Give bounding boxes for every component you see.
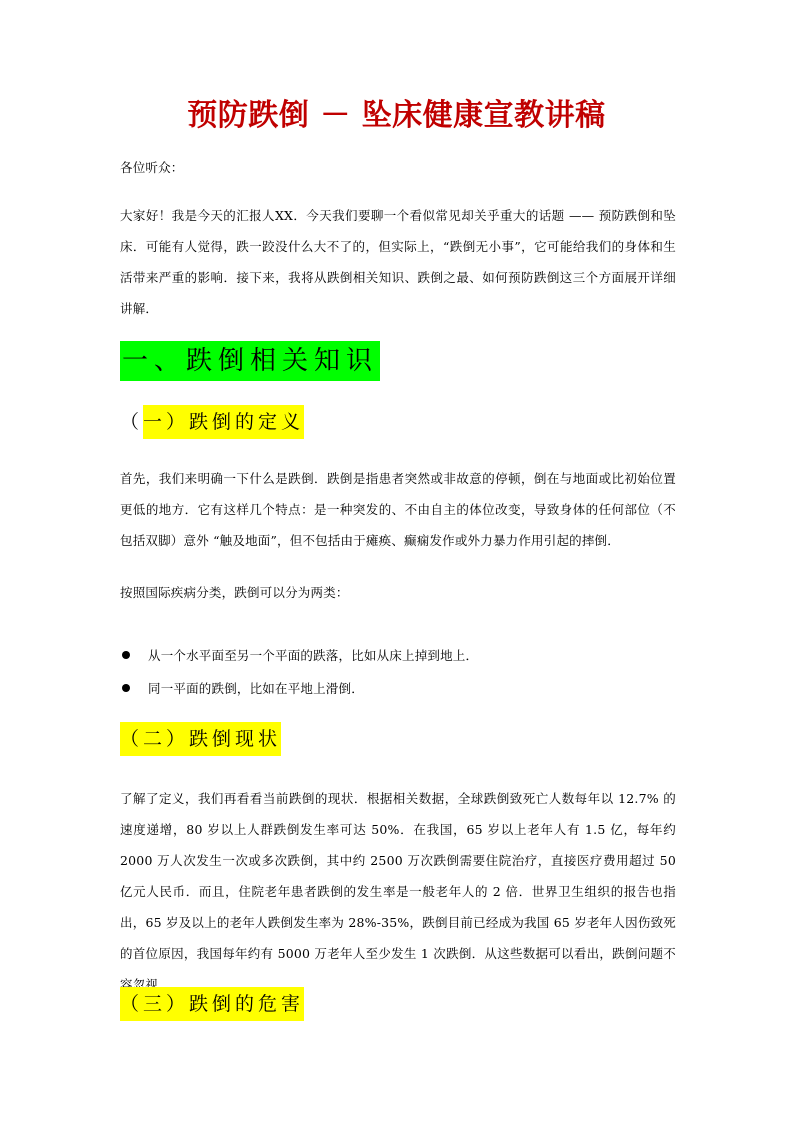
status-paragraph: 了解了定义，我们再看看当前跌倒的现状．根据相关数据，全球跌倒致死亡人数每年以 1… <box>120 783 676 1000</box>
list-item-text: 从一个水平面至另一个平面的跌落，比如从床上掉到地上． <box>148 648 478 663</box>
list-item: 从一个水平面至另一个平面的跌落，比如从床上掉到地上． <box>120 639 478 672</box>
heading-highlighted-text: （二）跌倒现状 <box>120 722 281 756</box>
subsection-heading-definition: （一）跌倒的定义 <box>120 405 304 439</box>
subsection-heading-harm: （三）跌倒的危害 <box>120 987 304 1021</box>
document-page: 预防跌倒 － 坠床健康宣教讲稿 各位听众： 大家好！我是今天的汇报人XX．今天我… <box>0 0 793 1122</box>
bullet-icon <box>122 651 130 659</box>
heading-highlighted-text: （三）跌倒的危害 <box>120 987 304 1021</box>
list-item-text: 同一平面的跌倒，比如在平地上滑倒． <box>148 681 364 696</box>
salutation: 各位听众： <box>120 152 676 183</box>
heading-prefix: （ <box>120 411 143 433</box>
classification-intro: 按照国际疾病分类，跌倒可以分为两类： <box>120 577 676 608</box>
bullet-icon <box>122 684 130 692</box>
definition-paragraph: 首先，我们来明确一下什么是跌倒．跌倒是指患者突然或非故意的停顿，倒在与地面或比初… <box>120 463 676 556</box>
classification-list: 从一个水平面至另一个平面的跌落，比如从床上掉到地上． 同一平面的跌倒，比如在平地… <box>120 639 478 705</box>
document-title: 预防跌倒 － 坠床健康宣教讲稿 <box>0 94 793 138</box>
subsection-heading-status: （二）跌倒现状 <box>120 722 281 756</box>
section-heading-fall-knowledge: 一、跌倒相关知识 <box>120 341 380 381</box>
heading-highlighted-text: 一）跌倒的定义 <box>143 405 304 439</box>
list-item: 同一平面的跌倒，比如在平地上滑倒． <box>120 672 478 705</box>
intro-paragraph: 大家好！我是今天的汇报人XX．今天我们要聊一个看似常见却关乎重大的话题 —— 预… <box>120 200 676 324</box>
